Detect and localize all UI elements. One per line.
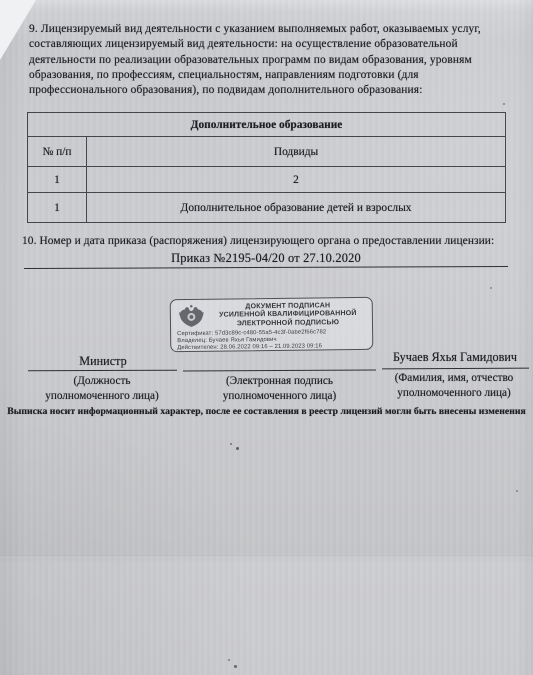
caption-esignature-line1: (Электронная подпись [226, 375, 333, 387]
table-row: 1 Дополнительное образование детей и взр… [28, 193, 506, 223]
row-number-cell: 1 [28, 193, 87, 223]
table-title: Дополнительное образование [28, 113, 506, 137]
caption-fullname-line2: уполномоченного лица) [397, 387, 510, 399]
stamp-line-3: ЭЛЕКТРОННОЙ ПОДПИСЬЮ [237, 319, 339, 327]
digital-signature-stamp: ДОКУМЕНТ ПОДПИСАН УСИЛЕННОЙ КВАЛИФИЦИРОВ… [170, 297, 374, 352]
paper-fold-line [0, 555, 533, 558]
footer-note: Выписка носит информационный характер, п… [0, 406, 533, 417]
colnum-1: 1 [28, 167, 87, 193]
stamp-details: Сертификат: 57d3c89c-c480-55a5-4c3f-0abe… [177, 329, 365, 352]
order-number-line: Приказ №2195-04/20 от 27.10.2020 [25, 251, 507, 266]
document-photo: 9. Лицензируемый вид деятельности с указ… [0, 0, 533, 675]
colnum-2: 2 [87, 167, 506, 193]
stamp-header-row: ДОКУМЕНТ ПОДПИСАН УСИЛЕННОЙ КВАЛИФИЦИРОВ… [177, 302, 365, 330]
col-header-subtypes: Подвиды [87, 137, 506, 167]
ink-speck [236, 447, 239, 450]
coat-of-arms-icon [177, 304, 206, 329]
caption-position: (Должность уполномоченного лица) [12, 374, 192, 403]
caption-fullname: (Фамилия, имя, отчество уполномоченного … [375, 371, 533, 400]
signature-position-value: Министр [28, 354, 178, 369]
paragraph-10: 10. Номер и дата приказа (распоряжения) … [22, 234, 524, 249]
stamp-header-text: ДОКУМЕНТ ПОДПИСАН УСИЛЕННОЙ КВАЛИФИЦИРОВ… [211, 302, 365, 329]
subtypes-table: Дополнительное образование № п/п Подвиды… [27, 112, 506, 223]
stamp-line-2: УСИЛЕННОЙ КВАЛИФИЦИРОВАННОЙ [219, 310, 357, 319]
table-title-row: Дополнительное образование [28, 113, 506, 137]
table-header-row: № п/п Подвиды [28, 137, 506, 167]
ink-speck [490, 287, 492, 289]
ink-speck [234, 665, 237, 668]
order-underline [24, 266, 508, 269]
stamp-validity: Действителен: 28.06.2022 09:16 – 21.09.2… [177, 343, 365, 352]
signature-line-center [183, 369, 376, 371]
signature-line-right [382, 368, 529, 370]
caption-position-line2: уполномоченного лица) [45, 390, 158, 402]
col-header-number: № п/п [28, 137, 87, 167]
caption-position-line1: (Должность [74, 375, 131, 387]
ink-speck [503, 103, 505, 105]
row-subtype-cell: Дополнительное образование детей и взрос… [87, 193, 506, 223]
stamp-line-1: ДОКУМЕНТ ПОДПИСАН [245, 302, 330, 310]
ink-speck [228, 659, 230, 661]
ink-speck [230, 443, 232, 445]
caption-fullname-line1: (Фамилия, имя, отчество [395, 372, 514, 384]
signature-fullname-value: Бучаев Яхья Гамидович [380, 350, 530, 365]
caption-esignature: (Электронная подпись уполномоченного лиц… [183, 374, 376, 403]
table-colnum-row: 1 2 [28, 167, 506, 193]
caption-esignature-line2: уполномоченного лица) [223, 390, 336, 402]
paragraph-9: 9. Лицензируемый вид деятельности с указ… [29, 22, 513, 98]
signature-line-left [28, 370, 177, 372]
ink-speck [516, 490, 518, 492]
